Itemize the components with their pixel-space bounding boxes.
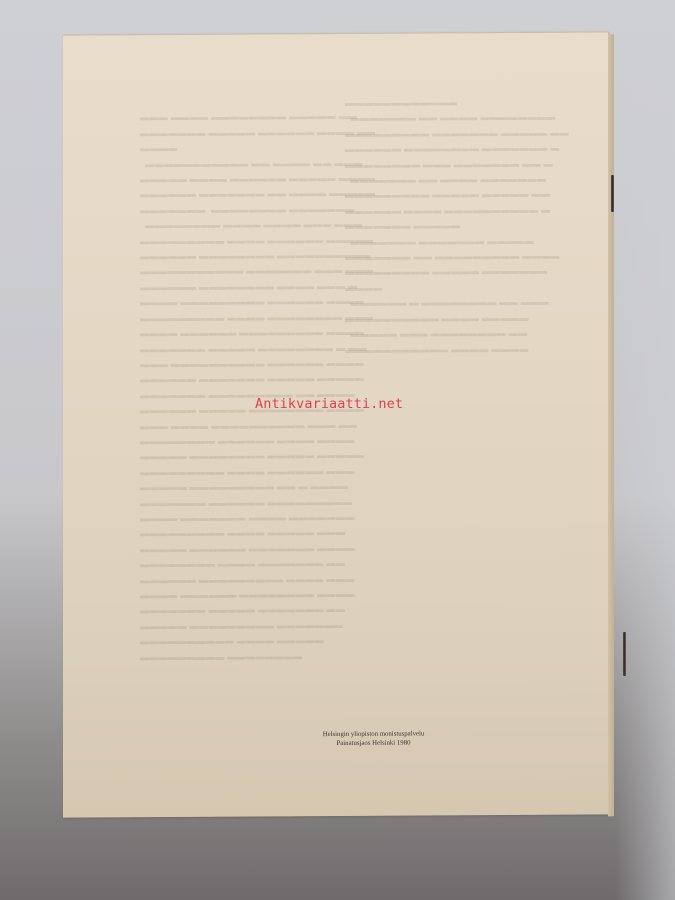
printer-imprint: Helsingin yliopiston monistuspalvelu Pai…	[63, 728, 608, 749]
staple-top	[611, 175, 614, 212]
booklet-back-cover: ▬▬▬ ▬▬▬▬ ▬▬▬▬▬▬▬▬ ▬▬▬▬▬ ▬▬ ▬▬▬▬▬▬▬ ▬▬▬▬▬…	[63, 31, 608, 817]
background-surface	[615, 0, 675, 900]
staple-bottom	[623, 632, 626, 676]
show-through-text-left-column: ▬▬▬ ▬▬▬▬ ▬▬▬▬▬▬▬▬ ▬▬▬▬▬ ▬▬ ▬▬▬▬▬▬▬ ▬▬▬▬▬…	[140, 94, 375, 735]
imprint-line-2: Painatusjaos Helsinki 1980	[139, 737, 608, 749]
watermark-text: Antikvariaatti.net	[255, 396, 403, 412]
page-edge	[608, 34, 614, 816]
show-through-text-right-column: ▬▬▬▬▬▬▬▬▬▬▬▬ ▬▬▬▬▬▬▬ ▬▬ ▬▬▬▬ ▬▬▬▬▬▬▬▬ ▬▬…	[345, 95, 570, 356]
